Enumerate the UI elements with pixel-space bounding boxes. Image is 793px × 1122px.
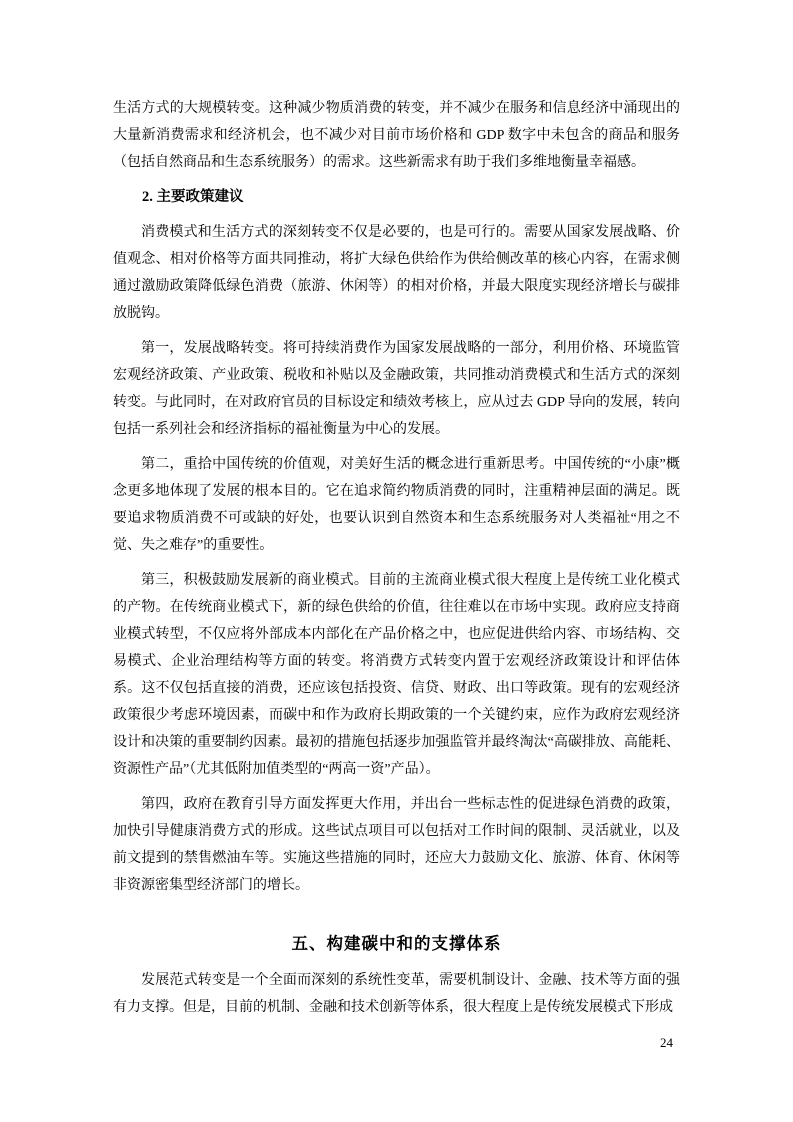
body-paragraph-consumption-pattern-shift: 消费模式和生活方式的深刻转变不仅是必要的，也是可行的。需要从国家发展战略、价值观…: [113, 219, 680, 327]
body-paragraph-paradigm-shift-support: 发展范式转变是一个全面而深刻的系统性变革，需要机制设计、金融、技术等方面的强有力…: [113, 967, 680, 1021]
body-paragraph-point-four-government-guidance: 第四，政府在教育引导方面发挥更大作用，并出台一些标志性的促进绿色消费的政策，加快…: [113, 791, 680, 899]
document-page: 生活方式的大规模转变。这种减少物质消费的转变，并不减少在服务和信息经济中涌现出的…: [0, 0, 793, 1122]
body-paragraph-point-two-traditional-values: 第二，重拾中国传统的价值观，对美好生活的概念进行重新思考。中国传统的“小康”概念…: [113, 451, 680, 559]
subsection-heading-policy-recommendations: 2. 主要政策建议: [113, 184, 680, 211]
section-heading-carbon-neutral-support-system: 五、构建碳中和的支撑体系: [113, 929, 680, 959]
body-paragraph-lifestyle-transformation: 生活方式的大规模转变。这种减少物质消费的转变，并不减少在服务和信息经济中涌现出的…: [113, 95, 680, 176]
body-paragraph-point-one-development-strategy: 第一，发展战略转变。将可持续消费作为国家发展战略的一部分，利用价格、环境监管宏观…: [113, 335, 680, 443]
body-paragraph-point-three-business-models: 第三，积极鼓励发展新的商业模式。目前的主流商业模式很大程度上是传统工业化模式的产…: [113, 567, 680, 783]
page-number: 24: [660, 1034, 673, 1052]
